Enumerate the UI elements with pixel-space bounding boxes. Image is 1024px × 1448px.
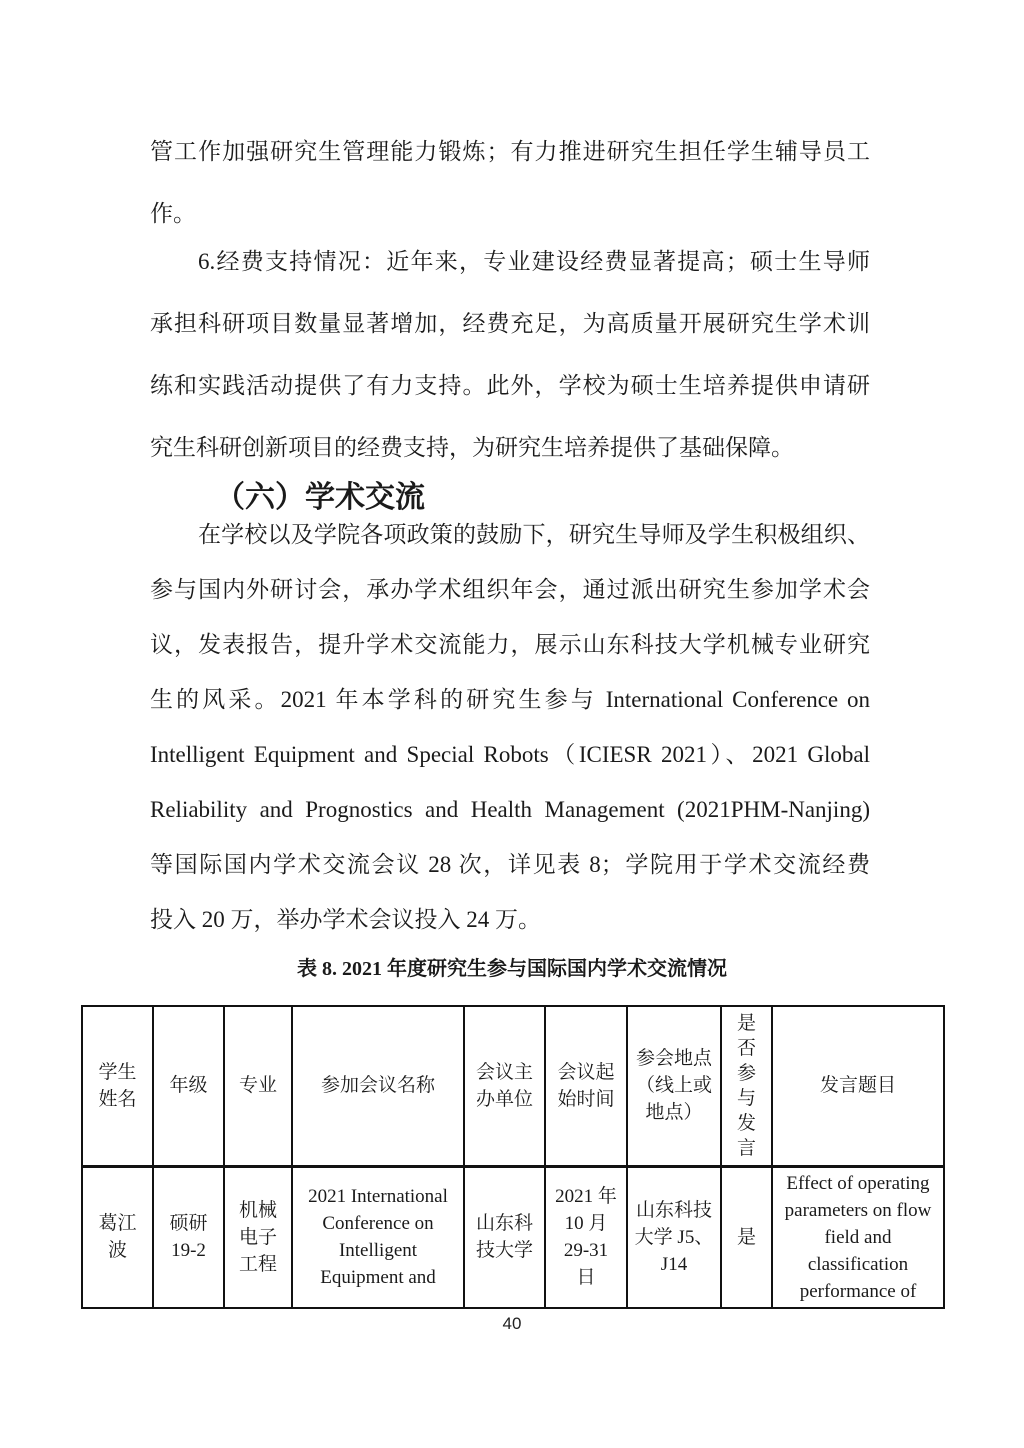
- header-cell-major: 专业: [224, 1006, 292, 1166]
- table-header-row: 学生 姓名 年级 专业 参加会议名称 会议主 办单位 会议起 始时间 参会地点 …: [82, 1006, 944, 1166]
- page-number: 40: [0, 1312, 1024, 1336]
- header-cell-host-organization: 会议主 办单位: [464, 1006, 545, 1166]
- header-cell-student-name: 学生 姓名: [82, 1006, 153, 1166]
- header-cell-conference-name: 参加会议名称: [292, 1006, 464, 1166]
- table-caption: 表 8. 2021 年度研究生参与国际国内学术交流情况: [0, 955, 1024, 983]
- header-cell-spoke-or-not: 是 否 参 与 发 言: [721, 1006, 772, 1166]
- cell-major: 机械 电子 工程: [224, 1166, 292, 1308]
- text-line: 生的风采。2021 年本学科的研究生参与 International Confe…: [150, 672, 870, 727]
- cell-speech-title: Effect of operating parameters on flow f…: [772, 1166, 944, 1308]
- academic-exchange-table: 学生 姓名 年级 专业 参加会议名称 会议主 办单位 会议起 始时间 参会地点 …: [81, 1005, 945, 1309]
- text-line: 参与国内外研讨会，承办学术组织年会，通过派出研究生参加学术会: [150, 562, 870, 617]
- table-row: 葛江 波 硕研 19-2 机械 电子 工程 2021 International…: [82, 1166, 944, 1308]
- text-line: 究生科研创新项目的经费支持，为研究生培养提供了基础保障。: [150, 417, 870, 479]
- paragraph-management-work: 管工作加强研究生管理能力锻炼；有力推进研究生担任学生辅导员工作。: [150, 121, 870, 245]
- cell-grade: 硕研 19-2: [153, 1166, 224, 1308]
- header-cell-location: 参会地点 （线上或 地点）: [627, 1006, 721, 1166]
- paragraph-academic-exchange: 在学校以及学院各项政策的鼓励下，研究生导师及学生积极组织、参与国内外研讨会，承办…: [150, 507, 870, 947]
- cell-conference-name: 2021 International Conference on Intelli…: [292, 1166, 464, 1308]
- cell-spoke-or-not: 是: [721, 1166, 772, 1308]
- cell-start-time: 2021 年 10 月 29-31 日: [545, 1166, 627, 1308]
- cell-host-organization: 山东科 技大学: [464, 1166, 545, 1308]
- header-cell-start-time: 会议起 始时间: [545, 1006, 627, 1166]
- text-line: 承担科研项目数量显著增加，经费充足，为高质量开展研究生学术训: [150, 293, 870, 355]
- header-cell-grade: 年级: [153, 1006, 224, 1166]
- text-line: 管工作加强研究生管理能力锻炼；有力推进研究生担任学生辅导员工: [150, 121, 870, 183]
- header-cell-speech-title: 发言题目: [772, 1006, 944, 1166]
- text-line: Reliability and Prognostics and Health M…: [150, 782, 870, 837]
- text-line: Intelligent Equipment and Special Robots…: [150, 727, 870, 782]
- text-line: 在学校以及学院各项政策的鼓励下，研究生导师及学生积极组织、: [150, 507, 870, 562]
- text-line: 投入 20 万，举办学术会议投入 24 万。: [150, 892, 870, 947]
- cell-location: 山东科技 大学 J5、 J14: [627, 1166, 721, 1308]
- text-line: 6.经费支持情况：近年来，专业建设经费显著提高；硕士生导师: [150, 231, 870, 293]
- document-page: 管工作加强研究生管理能力锻炼；有力推进研究生担任学生辅导员工作。 6.经费支持情…: [0, 0, 1024, 1448]
- text-line: 等国际国内学术交流会议 28 次，详见表 8；学院用于学术交流经费: [150, 837, 870, 892]
- paragraph-funding-support: 6.经费支持情况：近年来，专业建设经费显著提高；硕士生导师承担科研项目数量显著增…: [150, 231, 870, 479]
- cell-student-name: 葛江 波: [82, 1166, 153, 1308]
- text-line: 议，发表报告，提升学术交流能力，展示山东科技大学机械专业研究: [150, 617, 870, 672]
- text-line: 练和实践活动提供了有力支持。此外，学校为硕士生培养提供申请研: [150, 355, 870, 417]
